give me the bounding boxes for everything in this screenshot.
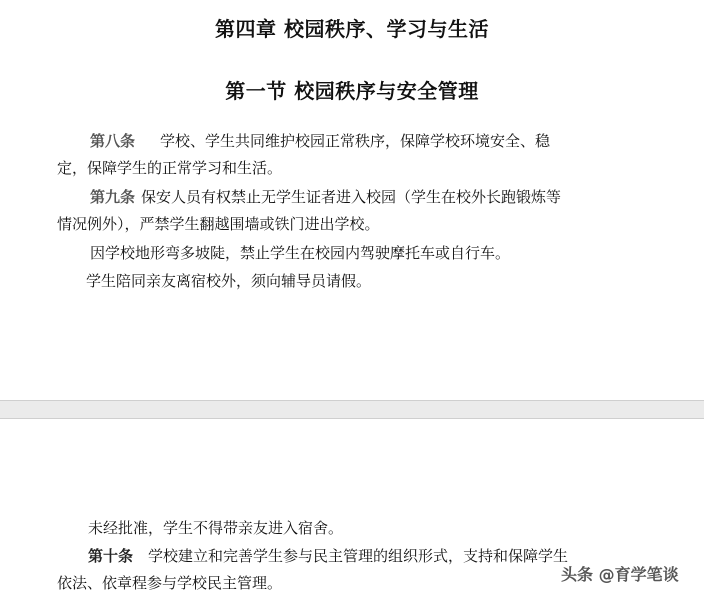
watermark: 头条 @育学笔谈	[561, 562, 679, 585]
article-10-text-1: 学校建立和完善学生参与民主管理的组织形式，支持和保障学生	[148, 547, 568, 565]
paragraph-leave: 学生陪同亲友离宿校外，须向辅导员请假。	[86, 271, 371, 291]
paragraph-dorm: 未经批准，学生不得带亲友进入宿舍。	[88, 518, 343, 538]
article-9-line-1: 第九条保安人员有权禁止无学生证者进入校园（学生在校外长跑锻炼等	[90, 187, 561, 207]
article-10-line-2: 依法、依章程参与学校民主管理。	[57, 573, 282, 593]
article-8-line-1: 第八条学校、学生共同维护校园正常秩序，保障学校环境安全、稳	[90, 131, 550, 151]
paragraph-vehicles: 因学校地形弯多坡陡，禁止学生在校园内驾驶摩托车或自行车。	[90, 243, 510, 263]
article-9-line-2: 情况例外），严禁学生翻越围墙或铁门进出学校。	[57, 214, 380, 234]
article-9-text-1: 保安人员有权禁止无学生证者进入校园（学生在校外长跑锻炼等	[141, 188, 561, 206]
page-break-gap	[0, 400, 704, 419]
article-8-label: 第八条	[90, 132, 135, 150]
article-10-line-1: 第十条学校建立和完善学生参与民主管理的组织形式，支持和保障学生	[88, 546, 568, 566]
article-9-label: 第九条	[90, 188, 135, 206]
article-8-text-1: 学校、学生共同维护校园正常秩序，保障学校环境安全、稳	[160, 132, 550, 150]
article-10-label: 第十条	[88, 547, 133, 565]
chapter-title: 第四章 校园秩序、学习与生活	[0, 13, 704, 42]
section-title: 第一节 校园秩序与安全管理	[0, 75, 704, 104]
article-8-line-2: 定，保障学生的正常学习和生活。	[57, 158, 282, 178]
document-page-1: 第四章 校园秩序、学习与生活 第一节 校园秩序与安全管理 第八条学校、学生共同维…	[0, 0, 704, 400]
